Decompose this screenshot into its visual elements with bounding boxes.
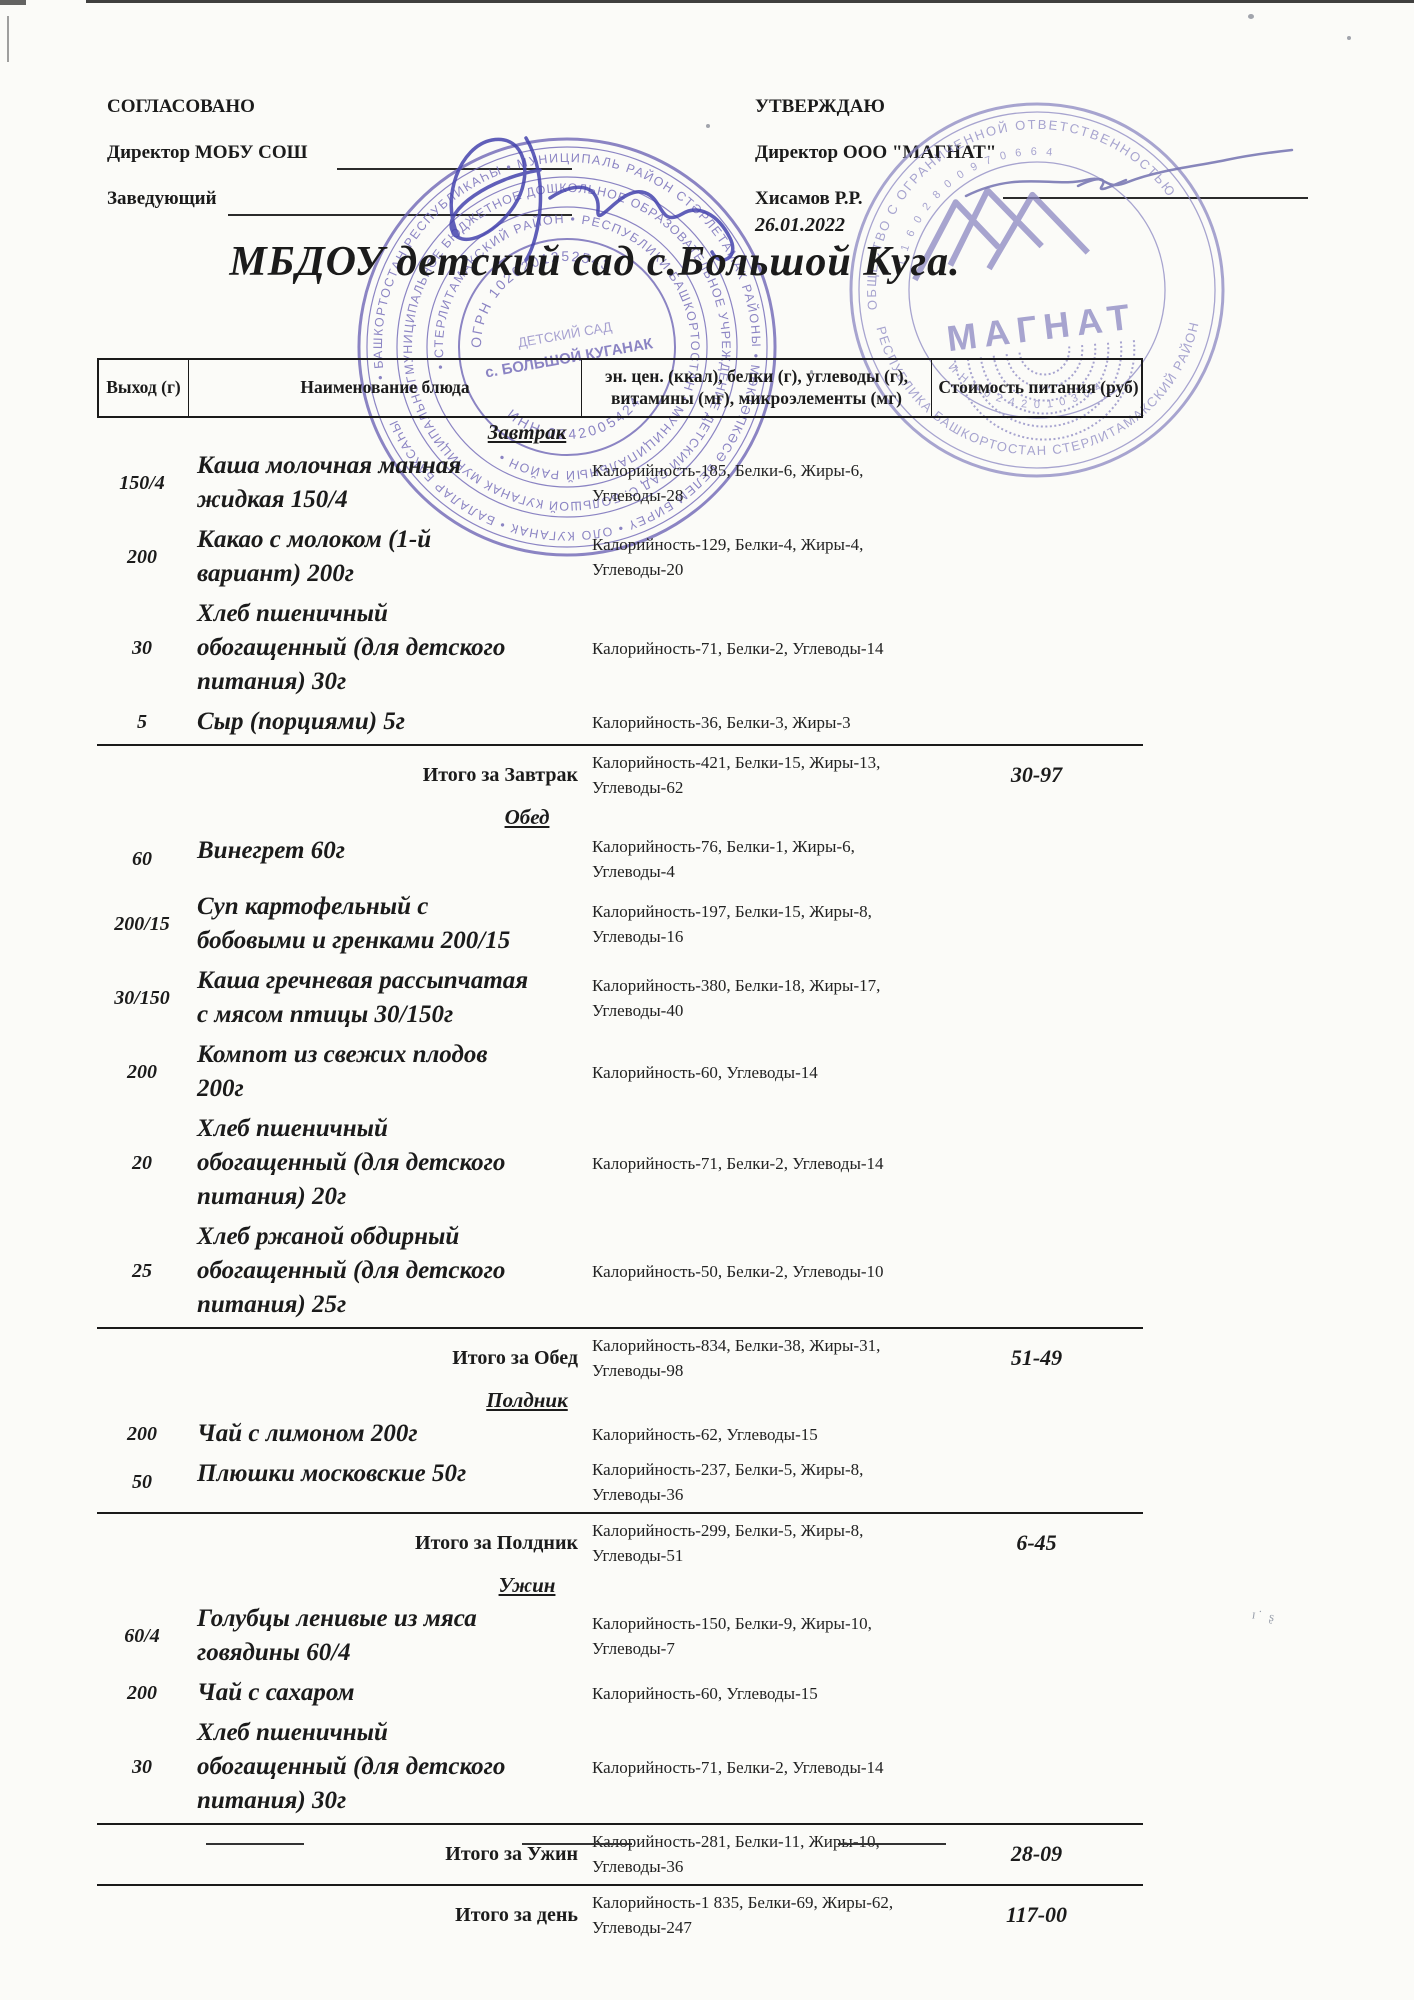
section-title-breakfast: Завтрак	[97, 418, 957, 446]
head-label: Заведующий	[107, 188, 217, 210]
section-title-snack: Полдник	[97, 1386, 957, 1414]
menu-row: 200/15 Суп картофельный с бобовыми и гре…	[97, 887, 1143, 961]
dish-name: Хлеб пшеничный обогащенный (для детского…	[187, 1716, 580, 1818]
menu-row: 200 Чай с лимоном 200г Калорийность-62, …	[97, 1414, 1143, 1454]
total-label: Итого за Завтрак	[187, 763, 580, 787]
portion-size: 200	[127, 1061, 157, 1084]
portion-size: 60	[132, 848, 152, 871]
portion-size: 200	[127, 1682, 157, 1705]
nutrition-info: Калорийность-129, Белки-4, Жиры-4, Углев…	[580, 532, 930, 582]
dish-name: Винегрет 60г	[187, 834, 580, 884]
nutrition-info: Калорийность-237, Белки-5, Жиры-8, Углев…	[580, 1457, 930, 1507]
director-magnat-label: Директор ООО "МАГНАТ"	[755, 142, 996, 164]
table-header: Выход (г) Наименование блюда эн. цен. (к…	[97, 358, 1143, 418]
dish-name: Сыр (порциями) 5г	[187, 705, 580, 739]
dish-name: Компот из свежих плодов 200г	[187, 1038, 580, 1106]
menu-row: 30/150 Каша гречневая рассыпчатая с мясо…	[97, 961, 1143, 1035]
column-header-output: Выход (г)	[99, 360, 189, 416]
menu-row: 30 Хлеб пшеничный обогащенный (для детск…	[97, 594, 1143, 702]
approval-date: 26.01.2022	[755, 214, 845, 237]
dish-name: Суп картофельный с бобовыми и гренками 2…	[187, 890, 580, 958]
menu-row: 200 Какао с молоком (1-й вариант) 200г К…	[97, 520, 1143, 594]
lunch-total-row: Итого за Обед Калорийность-834, Белки-38…	[97, 1327, 1143, 1386]
approved-label: УТВЕРЖДАЮ	[755, 96, 885, 118]
scan-artifact	[810, 370, 813, 374]
portion-size: 50	[132, 1471, 152, 1494]
total-nutrition: Калорийность-834, Белки-38, Жиры-31, Угл…	[580, 1333, 930, 1383]
menu-row: 50 Плюшки московские 50г Калорийность-23…	[97, 1454, 1143, 1510]
dish-name: Голубцы ленивые из мяса говядины 60/4	[187, 1602, 580, 1670]
menu-table: Выход (г) Наименование блюда эн. цен. (к…	[97, 358, 1143, 1943]
portion-size: 30	[132, 637, 152, 660]
menu-row: 150/4 Каша молочная манная жидкая 150/4 …	[97, 446, 1143, 520]
section-title-lunch: Обед	[97, 803, 957, 831]
total-cost: 51-49	[930, 1345, 1143, 1371]
signature-line	[1003, 197, 1308, 199]
nutrition-info: Калорийность-185, Белки-6, Жиры-6, Углев…	[580, 458, 930, 508]
nutrition-info: Калорийность-71, Белки-2, Углеводы-14	[580, 1151, 930, 1176]
portion-size: 5	[137, 711, 147, 734]
nutrition-info: Калорийность-60, Углеводы-15	[580, 1681, 930, 1706]
bottom-rule	[206, 1843, 304, 1845]
document-title: МБДОУ детский сад с.Большой Куга.	[100, 238, 1090, 286]
dish-name: Хлеб ржаной обдирный обогащенный (для де…	[187, 1220, 580, 1322]
nutrition-info: Калорийность-62, Углеводы-15	[580, 1422, 930, 1447]
menu-row: 30 Хлеб пшеничный обогащенный (для детск…	[97, 1713, 1143, 1821]
dish-name: Какао с молоком (1-й вариант) 200г	[187, 523, 580, 591]
portion-size: 60/4	[124, 1625, 160, 1648]
portion-size: 20	[132, 1152, 152, 1175]
dish-name: Чай с лимоном 200г	[187, 1417, 580, 1451]
portion-size: 200	[127, 546, 157, 569]
total-cost: 117-00	[930, 1902, 1143, 1928]
portion-size: 25	[132, 1260, 152, 1283]
scanned-menu-document: СОГЛАСОВАНО Директор МОБУ СОШ Заведующий…	[0, 0, 1414, 2000]
menu-row: 200 Компот из свежих плодов 200г Калорий…	[97, 1035, 1143, 1109]
breakfast-total-row: Итого за Завтрак Калорийность-421, Белки…	[97, 744, 1143, 803]
menu-row: 20 Хлеб пшеничный обогащенный (для детск…	[97, 1109, 1143, 1217]
total-label: Итого за день	[187, 1903, 580, 1927]
signature-line	[228, 214, 572, 216]
dish-name: Плюшки московские 50г	[187, 1457, 580, 1507]
bottom-rule	[522, 1843, 632, 1845]
menu-row: 60/4 Голубцы ленивые из мяса говядины 60…	[97, 1599, 1143, 1673]
nutrition-info: Калорийность-60, Углеводы-14	[580, 1060, 930, 1085]
total-nutrition: Калорийность-299, Белки-5, Жиры-8, Углев…	[580, 1518, 930, 1568]
dish-name: Хлеб пшеничный обогащенный (для детского…	[187, 597, 580, 699]
nutrition-info: Калорийность-197, Белки-15, Жиры-8, Угле…	[580, 899, 930, 949]
bottom-rule	[838, 1843, 946, 1845]
dish-name: Каша молочная манная жидкая 150/4	[187, 449, 580, 517]
portion-size: 30/150	[114, 987, 170, 1010]
total-label: Итого за Обед	[187, 1346, 580, 1370]
total-nutrition: Калорийность-1 835, Белки-69, Жиры-62, У…	[580, 1890, 930, 1940]
total-cost: 28-09	[930, 1841, 1143, 1867]
section-title-dinner: Ужин	[97, 1571, 957, 1599]
stamp-center-line1: ДЕТСКИЙ САД	[517, 319, 613, 350]
column-header-dish: Наименование блюда	[189, 360, 582, 416]
director-school-label: Директор МОБУ СОШ	[107, 142, 308, 164]
nutrition-info: Калорийность-76, Белки-1, Жиры-6, Углево…	[580, 834, 930, 884]
nutrition-info: Калорийность-71, Белки-2, Углеводы-14	[580, 636, 930, 661]
column-header-nutrition: эн. цен. (ккал), белки (г), углеводы (г)…	[582, 360, 932, 416]
agreed-label: СОГЛАСОВАНО	[107, 96, 255, 118]
total-label: Итого за Ужин	[187, 1842, 580, 1866]
nutrition-info: Калорийность-150, Белки-9, Жиры-10, Угле…	[580, 1611, 930, 1661]
portion-size: 30	[132, 1756, 152, 1779]
scan-artifact: ɪ˙ ʂ	[1251, 1606, 1277, 1625]
total-nutrition: Калорийность-281, Белки-11, Жиры-10, Угл…	[580, 1829, 930, 1879]
menu-row: 5 Сыр (порциями) 5г Калорийность-36, Бел…	[97, 702, 1143, 742]
scan-artifact	[1347, 36, 1351, 40]
scan-edge-line	[86, 0, 1414, 3]
dish-name: Хлеб пшеничный обогащенный (для детского…	[187, 1112, 580, 1214]
signature-right	[958, 140, 1298, 210]
portion-size: 200/15	[114, 913, 170, 936]
dish-name: Каша гречневая рассыпчатая с мясом птицы…	[187, 964, 580, 1032]
approver-name: Хисамов Р.Р.	[755, 188, 863, 210]
menu-row: 200 Чай с сахаром Калорийность-60, Углев…	[97, 1673, 1143, 1713]
menu-row: 25 Хлеб ржаной обдирный обогащенный (для…	[97, 1217, 1143, 1325]
portion-size: 150/4	[119, 472, 165, 495]
column-header-cost: Стоимость питания (руб)	[932, 360, 1145, 416]
scan-artifact	[706, 124, 710, 128]
nutrition-info: Калорийность-380, Белки-18, Жиры-17, Угл…	[580, 973, 930, 1023]
snack-total-row: Итого за Полдник Калорийность-299, Белки…	[97, 1512, 1143, 1571]
nutrition-info: Калорийность-50, Белки-2, Углеводы-10	[580, 1259, 930, 1284]
total-label: Итого за Полдник	[187, 1531, 580, 1555]
signature-line	[337, 168, 572, 170]
portion-size: 200	[127, 1423, 157, 1446]
total-cost: 30-97	[930, 762, 1143, 788]
nutrition-info: Калорийность-36, Белки-3, Жиры-3	[580, 710, 930, 735]
menu-row: 60 Винегрет 60г Калорийность-76, Белки-1…	[97, 831, 1143, 887]
scan-corner-mark	[0, 0, 26, 5]
dish-name: Чай с сахаром	[187, 1676, 580, 1710]
scan-edge-mark	[7, 16, 9, 62]
scan-artifact	[1248, 14, 1254, 19]
day-total-row: Итого за день Калорийность-1 835, Белки-…	[97, 1884, 1143, 1943]
stamp-company-name: МАГНАТ	[944, 295, 1138, 359]
nutrition-info: Калорийность-71, Белки-2, Углеводы-14	[580, 1755, 930, 1780]
dinner-total-row: Итого за Ужин Калорийность-281, Белки-11…	[97, 1823, 1143, 1882]
total-nutrition: Калорийность-421, Белки-15, Жиры-13, Угл…	[580, 750, 930, 800]
total-cost: 6-45	[930, 1530, 1143, 1556]
